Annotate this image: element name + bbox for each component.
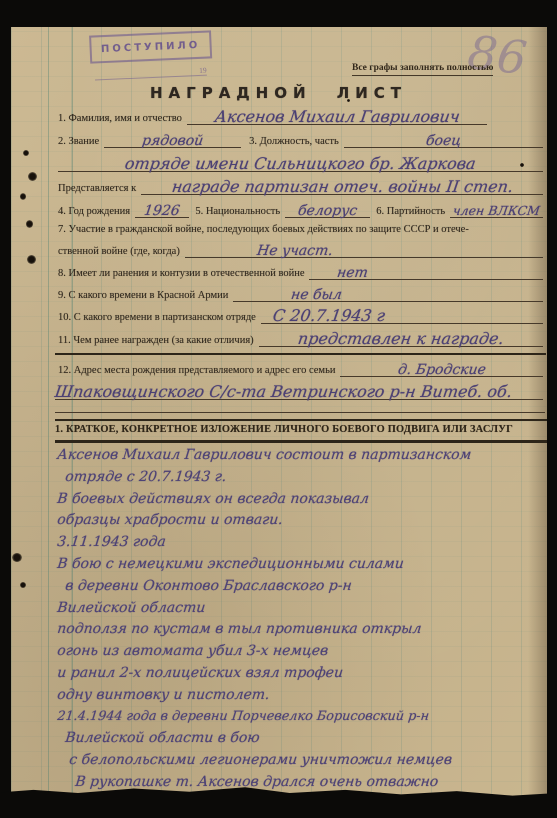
handwritten-line: отряде с 20.7.1943 г. bbox=[56, 469, 544, 491]
field-prior-awards-label: 11. Чем ранее награжден (за какие отличи… bbox=[58, 335, 259, 347]
scan-edge-right bbox=[547, 0, 557, 818]
wormhole-spot bbox=[26, 220, 33, 228]
document-title: НАГРАДНОЙ ЛИСТ bbox=[0, 84, 557, 102]
empty-answer-line bbox=[55, 412, 545, 413]
field-presented-label: Представляется к bbox=[58, 183, 141, 195]
field-birthyear-value: 1926 bbox=[143, 205, 180, 218]
field-name: 1. Фамилия, имя и отчество Аксенов Михаи… bbox=[58, 107, 487, 125]
field-position-line: боец bbox=[344, 134, 543, 148]
field-presented-for: Представляется к награде партизан отеч. … bbox=[58, 177, 543, 195]
scan-edge-left bbox=[0, 0, 11, 818]
stamp-date-year: 19 bbox=[199, 66, 207, 75]
handwritten-line: огонь из автомата убил 3-х немцев bbox=[56, 643, 544, 665]
field-wounds-label: 8. Имеет ли ранения и контузии в отечест… bbox=[58, 268, 309, 280]
field-wounds-line: нет bbox=[309, 266, 543, 280]
field-birthyear-label: 4. Год рождения bbox=[58, 206, 135, 218]
field-party-line: член ВЛКСМ bbox=[450, 203, 543, 218]
field-party-value: член ВЛКСМ bbox=[452, 204, 541, 217]
field-partisan-since-line: С 20.7.1943 г bbox=[261, 308, 543, 324]
field-partisan-since-label: 10. С какого времени в партизанском отря… bbox=[58, 312, 261, 324]
field-address-line: д. Бродские bbox=[340, 363, 543, 377]
handwritten-line: 21.4.1944 года в деревни Порчевелко Бори… bbox=[56, 709, 544, 731]
section-header: 1. КРАТКОЕ, КОНКРЕТНОЕ ИЗЛОЖЕНИЕ ЛИЧНОГО… bbox=[55, 424, 545, 435]
field-rank-value: рядовой bbox=[141, 135, 204, 148]
field-position-value2: отряде имени Сильницкого бр. Жаркова bbox=[124, 157, 477, 170]
field-civilwar-label-line2: ственной войне (где, когда) bbox=[58, 246, 185, 258]
wormhole-spot bbox=[20, 193, 26, 200]
field-red-army-since: 9. С какого времени в Красной Армии не б… bbox=[58, 284, 543, 302]
field-civilwar-label-line1: 7. Участие в гражданской войне, последую… bbox=[58, 224, 543, 235]
field-partisan-since: 10. С какого времени в партизанском отря… bbox=[58, 306, 543, 324]
field-birthyear-line: 1926 bbox=[135, 204, 189, 218]
field-civilwar: ственной войне (где, когда) Не участ. bbox=[58, 240, 543, 258]
field-civilwar-value: Не участ. bbox=[256, 245, 334, 258]
field-prior-awards-line: представлен к награде. bbox=[259, 331, 543, 347]
field-prior-awards: 11. Чем ранее награжден (за какие отличи… bbox=[58, 329, 543, 347]
field-nationality-line: белорус bbox=[285, 204, 370, 218]
stamp-text: ПОСТУПИЛО bbox=[101, 39, 201, 54]
field-civilwar-line: Не участ. bbox=[185, 244, 543, 258]
fill-all-fields-text: Все графы заполнять полностью bbox=[352, 63, 493, 76]
margin-rule-line bbox=[48, 27, 49, 797]
field-prior-awards-value: представлен к награде. bbox=[297, 332, 505, 345]
ink-speck bbox=[520, 163, 524, 167]
field-name-label: 1. Фамилия, имя и отчество bbox=[58, 113, 187, 125]
handwritten-line: с белопольскими легионерами уничтожил не… bbox=[56, 752, 544, 774]
handwritten-line: одну винтовку и пистолет. bbox=[56, 687, 544, 709]
handwritten-line: Вилейской области bbox=[56, 600, 544, 622]
stamp-box: ПОСТУПИЛО bbox=[89, 30, 212, 63]
field-wounds-value: нет bbox=[337, 267, 370, 280]
field-address-label: 12. Адрес места рождения представляемого… bbox=[58, 365, 340, 377]
field-nationality-label: 5. Национальность bbox=[189, 206, 285, 218]
field-partisan-since-value: С 20.7.1943 г bbox=[272, 309, 386, 322]
field-red-army-line: не был bbox=[233, 288, 543, 302]
field-address-value: д. Бродские bbox=[397, 364, 487, 377]
postupilo-stamp: ПОСТУПИЛО 19 bbox=[89, 30, 213, 80]
field-party-label: 6. Партийность bbox=[370, 206, 450, 218]
field-address-continuation: Шпаковщинского С/с-та Ветринского р-н Ви… bbox=[55, 378, 543, 400]
field-presented-value: награде партизан отеч. войны II степ. bbox=[171, 180, 514, 193]
handwritten-line: подползя по кустам в тыл противника откр… bbox=[56, 621, 544, 643]
wormhole-spot bbox=[28, 172, 37, 181]
field-presented-line: награде партизан отеч. войны II степ. bbox=[141, 179, 543, 195]
field-nationality-value: белорус bbox=[297, 205, 358, 218]
field-address-value2: Шпаковщинского С/с-та Ветринского р-н Ви… bbox=[54, 385, 513, 398]
wormhole-spot bbox=[12, 553, 22, 562]
field-position-continuation: отряде имени Сильницкого бр. Жаркова bbox=[58, 150, 543, 172]
scanned-document: ПОСТУПИЛО 19 86 Все графы заполнять полн… bbox=[0, 0, 557, 818]
handwritten-line: В бою с немецкими экспедиционными силами bbox=[56, 556, 544, 578]
field-rank-line: рядовой bbox=[104, 134, 241, 148]
field-rank-label: 2. Звание bbox=[58, 136, 104, 148]
field-position-label: 3. Должность, часть bbox=[241, 136, 344, 148]
handwritten-line: В боевых действиях он всегда показывал bbox=[56, 491, 544, 513]
handwritten-line: в деревни Оконтово Браславского р-н bbox=[56, 578, 544, 600]
wormhole-spot bbox=[20, 582, 26, 588]
handwritten-line: Аксенов Михаил Гаврилович состоит в парт… bbox=[56, 447, 544, 469]
field-rank-and-position: 2. Звание рядовой 3. Должность, часть бо… bbox=[58, 130, 543, 148]
handwritten-citation: Аксенов Михаил Гаврилович состоит в парт… bbox=[57, 447, 543, 796]
handwritten-line: образцы храбрости и отваги. bbox=[56, 512, 544, 534]
section-rule-top bbox=[55, 419, 547, 421]
field-wounds: 8. Имеет ли ранения и контузии в отечест… bbox=[58, 262, 543, 280]
handwritten-line: и ранил 2-х полицейских взял трофеи bbox=[56, 665, 544, 687]
handwritten-line: Вилейской области в бою bbox=[56, 730, 544, 752]
handwritten-line: 3.11.1943 года bbox=[56, 534, 544, 556]
section-rule-bottom bbox=[55, 440, 547, 443]
scan-edge-top bbox=[0, 0, 557, 27]
wormhole-spot bbox=[27, 255, 36, 264]
wormhole-spot bbox=[23, 150, 29, 156]
field-position-line2: отряде имени Сильницкого бр. Жаркова bbox=[58, 156, 543, 172]
field-name-line: Аксенов Михаил Гаврилович bbox=[187, 109, 487, 125]
field-address: 12. Адрес места рождения представляемого… bbox=[58, 359, 543, 377]
field-name-value: Аксенов Михаил Гаврилович bbox=[214, 110, 461, 123]
fill-all-fields-note: Все графы заполнять полностью bbox=[352, 63, 546, 73]
divider-rule bbox=[55, 353, 546, 355]
field-red-army-label: 9. С какого времени в Красной Армии bbox=[58, 290, 233, 302]
field-address-line2: Шпаковщинского С/с-та Ветринского р-н Ви… bbox=[55, 384, 543, 400]
field-red-army-value: не был bbox=[290, 289, 343, 302]
page-number: 86 bbox=[465, 25, 530, 86]
ink-speck bbox=[347, 99, 350, 102]
field-birth-nationality-party: 4. Год рождения 1926 5. Национальность б… bbox=[58, 200, 543, 218]
field-position-value: боец bbox=[425, 135, 462, 148]
